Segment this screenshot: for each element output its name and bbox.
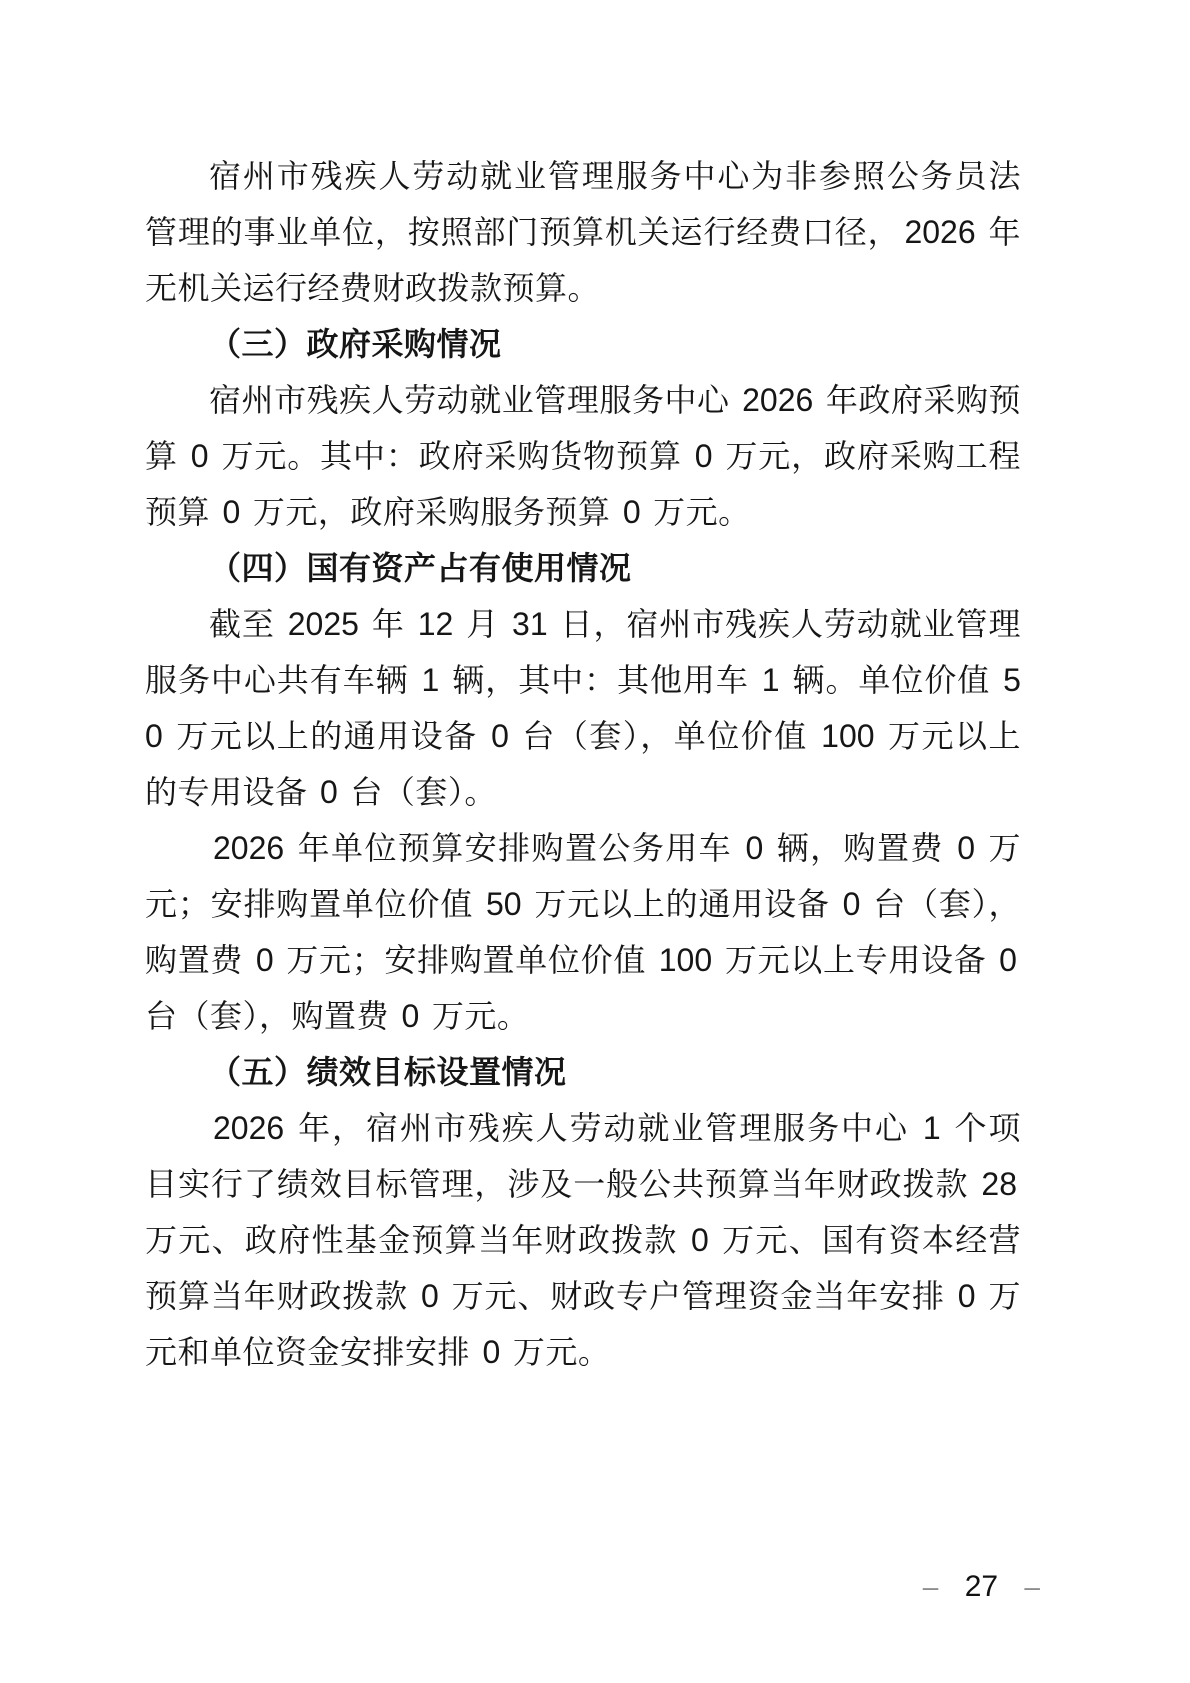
page-number: 27	[965, 1570, 998, 1603]
document-body: 宿州市残疾人劳动就业管理服务中心为非参照公务员法管理的事业单位，按照部门预算机关…	[145, 148, 1021, 1380]
paragraph-assets-planned: 2026 年单位预算安排购置公务用车 0 辆，购置费 0 万元；安排购置单位价值…	[145, 820, 1021, 1044]
page-footer: – 27 –	[0, 1570, 1040, 1604]
section-heading-performance: （五）绩效目标设置情况	[145, 1044, 1021, 1100]
document-page: 宿州市残疾人劳动就业管理服务中心为非参照公务员法管理的事业单位，按照部门预算机关…	[0, 0, 1190, 1683]
footer-dash-right: –	[1024, 1571, 1040, 1602]
paragraph-performance: 2026 年，宿州市残疾人劳动就业管理服务中心 1 个项目实行了绩效目标管理，涉…	[145, 1100, 1021, 1380]
paragraph-procurement: 宿州市残疾人劳动就业管理服务中心 2026 年政府采购预算 0 万元。其中：政府…	[145, 372, 1021, 540]
footer-dash-left: –	[923, 1571, 939, 1602]
section-heading-state-assets: （四）国有资产占有使用情况	[145, 540, 1021, 596]
paragraph-assets-current: 截至 2025 年 12 月 31 日，宿州市残疾人劳动就业管理服务中心共有车辆…	[145, 596, 1021, 820]
paragraph-admin-expense: 宿州市残疾人劳动就业管理服务中心为非参照公务员法管理的事业单位，按照部门预算机关…	[145, 148, 1021, 316]
section-heading-procurement: （三）政府采购情况	[145, 316, 1021, 372]
